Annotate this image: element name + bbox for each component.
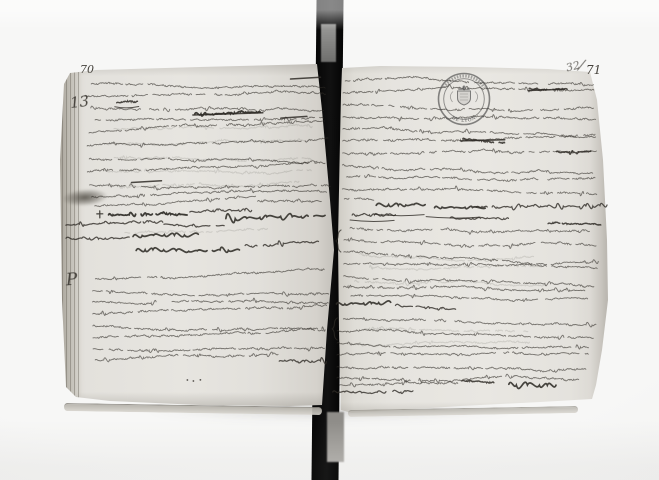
margin-mark-p: P (65, 272, 78, 290)
spine-headband (321, 24, 336, 62)
page-block-edge (58, 66, 82, 408)
left-page (56, 60, 336, 410)
scanned-register-photo: 70 13 P 32 / 71 DE LYON (0, 0, 659, 480)
margin-mark-13: 13 (69, 94, 90, 111)
folio-number-left: 70 (80, 64, 94, 75)
folio-number-right: 71 (586, 64, 601, 76)
right-page (332, 58, 612, 418)
spine-tailband (327, 412, 344, 462)
